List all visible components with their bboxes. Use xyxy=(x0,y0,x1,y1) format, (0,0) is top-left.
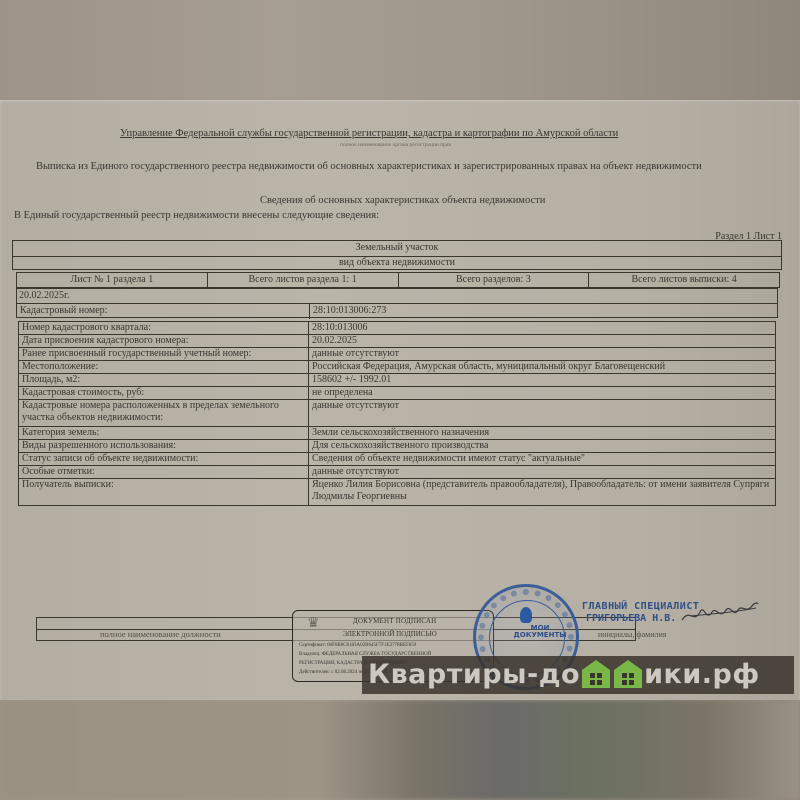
watermark-banner: Квартиры-до ики.рф xyxy=(362,656,794,694)
row-value: данные отсутствуют xyxy=(309,466,776,479)
esign-certificate: Сертификат: 00F0B0C8183A02B645F7F1E2778B… xyxy=(299,643,416,648)
esign-subtitle: ЭЛЕКТРОННОЙ ПОДПИСЬЮ xyxy=(343,630,437,638)
table-row: Ранее присвоенный государственный учетны… xyxy=(19,348,776,361)
row-value: Земли сельскохозяйственного назначения xyxy=(309,427,776,440)
table-row: Номер кадастрового квартала:28:10:013006 xyxy=(19,322,776,335)
row-label: Дата присвоения кадастрового номера: xyxy=(19,335,309,348)
authority-title: Управление Федеральной службы государств… xyxy=(120,128,618,139)
stamp-text: МОИ ДОКУМЕНТЫ xyxy=(504,625,576,639)
row-value: данные отсутствуют xyxy=(309,400,776,427)
row-value: Сведения об объекте недвижимости имеют с… xyxy=(309,453,776,466)
houses-logo-icon xyxy=(580,658,644,688)
object-type: Земельный участок xyxy=(13,241,781,257)
row-label: Кадастровые номера расположенных в преде… xyxy=(19,400,309,427)
row-value: Яценко Лилия Борисовна (представитель пр… xyxy=(309,479,776,506)
row-value: не определена xyxy=(309,387,776,400)
table-row: Местоположение:Российская Федерация, Аму… xyxy=(19,361,776,374)
object-type-caption: вид объекта недвижимости xyxy=(13,256,781,270)
initials-caption: инициалы, фамилия xyxy=(598,630,666,639)
table-row: Статус записи об объекте недвижимости:Св… xyxy=(19,453,776,466)
coat-of-arms-icon: ♛ xyxy=(307,615,320,632)
date-cadastral-box: 20.02.2025г. Кадастровый номер: 28:10:01… xyxy=(16,288,778,318)
row-value: 28:10:013006 xyxy=(309,322,776,335)
row-label: Особые отметки: xyxy=(19,466,309,479)
cadastral-number-value: 28:10:013006:273 xyxy=(309,304,386,319)
table-row: Кадастровые номера расположенных в преде… xyxy=(19,400,776,427)
row-label: Категория земель: xyxy=(19,427,309,440)
table-row: Площадь, м2:158602 +/- 1992.01 xyxy=(19,374,776,387)
sheets-info: Лист № 1 раздела 1 Всего листов раздела … xyxy=(16,272,780,288)
handwritten-signature-icon xyxy=(680,598,760,628)
extract-date: 20.02.2025г. xyxy=(19,289,69,303)
row-label: Местоположение: xyxy=(19,361,309,374)
table-row: Кадастровая стоимость, руб:не определена xyxy=(19,387,776,400)
row-label: Номер кадастрового квартала: xyxy=(19,322,309,335)
cadastral-number-row: Кадастровый номер: 28:10:013006:273 xyxy=(17,303,777,319)
row-value: Российская Федерация, Амурская область, … xyxy=(309,361,776,374)
row-label: Виды разрешенного использования: xyxy=(19,440,309,453)
characteristics-table: Номер кадастрового квартала:28:10:013006… xyxy=(18,321,776,506)
row-label: Площадь, м2: xyxy=(19,374,309,387)
table-row: Получатель выписки:Яценко Лилия Борисовн… xyxy=(19,479,776,506)
row-label: Статус записи об объекте недвижимости: xyxy=(19,453,309,466)
extract-title: Выписка из Единого государственного реес… xyxy=(36,161,702,172)
total-sheet-count: Всего листов выписки: 4 xyxy=(589,273,779,287)
row-value: данные отсутствуют xyxy=(309,348,776,361)
row-label: Кадастровая стоимость, руб: xyxy=(19,387,309,400)
esign-title: ДОКУМЕНТ ПОДПИСАН xyxy=(353,617,436,625)
table-row: Категория земель:Земли сельскохозяйствен… xyxy=(19,427,776,440)
section-sheet-count: Всего листов раздела 1: 1 xyxy=(208,273,399,287)
row-value: 20.02.2025 xyxy=(309,335,776,348)
section-title: Сведения об основных характеристиках объ… xyxy=(260,195,545,206)
table-row: Особые отметки:данные отсутствуют xyxy=(19,466,776,479)
specialist-name: ГРИГОРЬЕВА Н.В. xyxy=(586,613,676,624)
watermark-text: Квартиры-до ики.рф xyxy=(368,658,760,690)
row-value: 158602 +/- 1992.01 xyxy=(309,374,776,387)
row-label: Ранее присвоенный государственный учетны… xyxy=(19,348,309,361)
table-row: Виды разрешенного использования:Для сель… xyxy=(19,440,776,453)
intro-text: В Единый государственный реестр недвижим… xyxy=(14,210,379,221)
table-row: Дата присвоения кадастрового номера:20.0… xyxy=(19,335,776,348)
mfc-logo-icon xyxy=(520,607,532,623)
position-caption: полное наименование должности xyxy=(100,629,221,639)
background-blur xyxy=(0,700,800,800)
cadastral-number-label: Кадастровый номер: xyxy=(20,304,107,318)
authority-caption: полное наименование органа регистрации п… xyxy=(340,142,451,148)
row-value: Для сельскохозяйственного производства xyxy=(309,440,776,453)
section-count: Всего разделов: 3 xyxy=(399,273,590,287)
sheet-number: Лист № 1 раздела 1 xyxy=(17,273,208,287)
object-type-box: Земельный участок вид объекта недвижимос… xyxy=(12,240,782,270)
row-label: Получатель выписки: xyxy=(19,479,309,506)
